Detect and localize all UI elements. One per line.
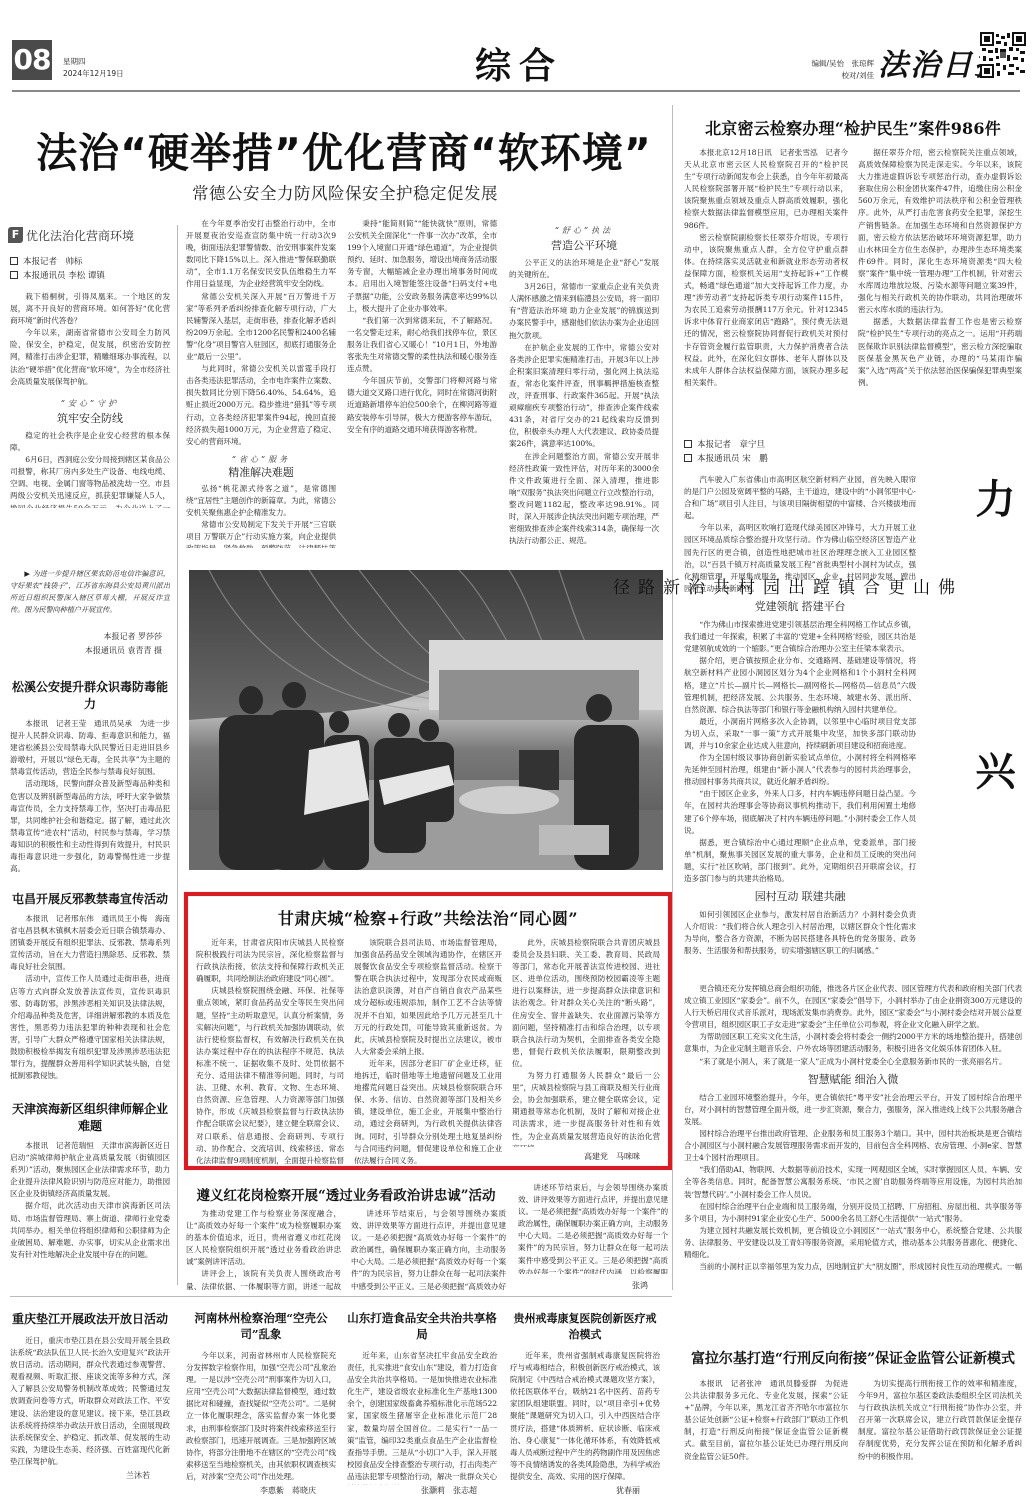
featured-headline: 甘肃庆城“检察+行政”共绘法治“同心圆” [196,906,660,929]
subhead: 智慧赋能 细治入微 [684,1074,1022,1086]
paragraph: 近年来，甘肃省庆阳市庆城县人民检察院积极践行司法为民宗旨，深化检察监督与行政执法… [196,937,344,985]
vertical-headline-1: 联建共融聚合力 [964,478,1032,519]
paragraph: 当前的小洞村正以幸福邻里为发力点，因地制宜扩大“朋友圈”，形成园村良性互动治理模… [684,1261,1022,1273]
paragraph: 汽车驶入广东省佛山市高明区航空新材料产业园，首先映入眼帘的是门户公园及宽阔平整的… [684,474,916,522]
paragraph: 庆城县检察院围绕金融、环保、社保等重点领域，紧盯食品药品安全等民生突出问题，坚持… [196,985,344,1167]
weekday: 星期四 [63,56,124,68]
paragraph: 活动中，宣传工作人员通过走街串巷，进商店等方式向群众发放普法宣传页，宣传识毒识邪… [10,973,170,1082]
paragraph: 与此同时，常德公安机关以雷霆手段打击各类违法犯罪活动，全市电诈案件立案数、损失数… [186,363,336,448]
section-tag: F 优化法治化营商环境 [8,226,178,244]
lead-col-3: 秉持“能简则简”“能快就快”原则，常德公安机关全面深化“一件事一次办”改革，全市… [347,218,497,548]
subhead-big: 营造公平环境 [509,237,659,253]
proofreader: 校对/刘佳 [782,70,874,82]
paragraph: 在护航企业发展的工作中，常德公安对各类涉企犯罪实施精准打击，开展3年以上涉企积案… [509,342,659,451]
paragraph: 讲述环节结束后，与会领导围绕办案质效、讲评效果等方面进行点评，并提出意见建议。一… [518,1182,668,1274]
masthead-rule [12,90,1020,92]
paragraph: 如何引领园区企业参与，激发村居自治新活力？小洞村委会负责人介绍说：“我们将合伙人… [684,909,916,957]
fulaerji-article: 富拉尔基打造“行刑反向衔接”保证金监管公证新模式 本报讯 记者张冲 通讯员滕爱群… [684,1348,1022,1478]
byline-correspondent: 本报通讯员 宋 鹏 [697,454,768,464]
byline-marker-icon [684,440,692,448]
paragraph: 据介绍，此次活动由天津市滨海新区司法局、市场监督管理局、寨上街道、律师行业党委共… [10,1200,170,1260]
vertical-headline-2: 双向奔赴促振兴 [964,750,1032,791]
section-title: 综合 [475,38,563,89]
paragraph: 为建立园村共融发展长效机制，更合镇设立小洞园区“一站式”服务中心，系统整合党建、… [684,1225,1022,1261]
tianjin-article: 天津滨海新区组织律师解企业难题 本报讯 记者范瑞恒 天津市滨海新区近日启动“滨城… [10,1100,170,1306]
paragraph: 该院联合县司法局、市场监督管理局，加强食品药品安全领域沟通协作，在辖区开展餐饮食… [354,937,502,1058]
column-divider [672,105,673,1290]
paragraph: “我们借助AI、物联网、大数据等前沿技术，实现一网观园区全域，实时掌握园区人员、… [684,1164,1022,1200]
paragraph: 为推动党建工作与检察业务深度融合，让“高质效办好每一个案件”成为检察履职办案的基… [186,1208,341,1268]
paragraph: 据悉，更合镇综治中心通过理顺“企业点单，党委派单，部门接单”机制，聚焦事关园区发… [684,837,916,885]
paragraph: 为帮助园区职工充实文化生活，小洞村委会将村委会一侧约2000平方米的场地整治提升… [684,1031,1022,1055]
paragraph: 活动现场，民警向群众普及新型毒品种类和危害以及辨别新型毒品的方法，呼吁大家争做禁… [10,778,170,875]
paragraph: 近年来，山东省坚决扛牢食品安全政治责任，扎实推进“食安山东”建设，着力打造食品安… [347,1350,497,1485]
foshan-article: 本报记者 章宁旦 本报通讯员 宋 鹏 汽车驶入广东省佛山市高明区航空新材料产业园… [684,438,1022,466]
paragraph: 本报讯 记者王莹 通讯员吴承 为进一步提升人民群众识毒、防毒、拒毒意识和能力，福… [10,718,170,778]
songxi-article: 松溪公安提升群众识毒防毒能力 本报讯 记者王莹 通讯员吴承 为进一步提升人民群众… [10,678,170,878]
paragraph: 讲述环节结束后，与会领导围绕办案质效、讲评效果等方面进行点评，并提出意见建议。一… [351,1208,506,1294]
article-headline: 山东打造食品安全共治共享格局 [347,1310,497,1342]
masthead: 08 星期四 2024年12月19日 综合 编辑/吴怡 张琼辉 校对/刘佳 法治… [12,38,1020,94]
photo-credit: 本报通讯员 袁青青 摄 [10,644,162,658]
paragraph: 此外，庆城县检察院联合共青团庆城县委员会及县妇联、关工委、教育局、民政局等部门，… [512,937,660,1070]
paragraph: 近日，重庆市垫江县在县公安局开展全县政法系统“政法队伍卫人民·长治久安迎复兴”政… [10,1335,170,1468]
paragraph: 6月6日，西洞庭公安分局接到辖区某食品公司报警，称其厂房内多处生产设备、电线电缆… [10,454,170,508]
lead-col-4: “舒心”执法 营造公平环境 公平正义的法治环境是企业“舒心”发展的关键所在。 3… [509,225,659,547]
article-headline: 重庆垫江开展政法开放日活动 [10,1310,170,1327]
photo-caption: ▶ 为进一步提升辖区果农防范电信诈骗意识，守好果农“钱袋子”，江苏省东海县公安局… [10,568,170,658]
bottom-article-4: 贵州戒毒康复医院创新医疗戒治模式 近年来，贵州省强制戒毒康复医院将治疗与戒毒相结… [510,1310,660,1496]
section-tag-label: 优化法治化营商环境 [26,227,134,244]
article-signature: 兰沐若 [10,1470,170,1481]
paragraph: 据介绍，更合镇按照企业分布、交通路网、基础建设等情况，将航空新材料产业园小洞园区… [684,655,916,715]
subhead: 园村互动 联建共融 [684,891,916,903]
paragraph: 本报讯 记者邢东伟 通讯员王小梅 海南省屯昌县枫木镇枫木居委会近日联合镇禁毒办、… [10,913,170,973]
issue-date: 2024年12月19日 [63,68,124,80]
section-tag-icon: F [8,227,23,243]
paragraph: 在园村综合治理平台企业端和员工服务端，分别开设员工招聘、厂房招租、房屋出租、共享… [684,1201,1022,1225]
page-number-badge: 08 [12,40,52,80]
editors: 编辑/吴怡 张琼辉 [782,58,874,70]
subhead: 党建领航 搭建平台 [684,601,916,613]
paragraph: 据悉，大数据法律监督工作也是密云检察院“检护民生”专项行动的亮点之一。运用“开药… [858,316,1022,389]
byline-marker-icon [10,257,18,265]
article-headline: 天津滨海新区组织律师解企业难题 [10,1100,170,1134]
paragraph: 密云检察院副检察长任翠芬介绍说，专项行动中，该院聚焦重点人群，全方位守护重点群体… [684,232,848,389]
paragraph: 栽下梧桐树，引得凤凰来。一个地区的发展，离不开良好的营商环境。如何答好“优化营商… [10,291,170,327]
paragraph: 在涉企问题整治方面，常德公安开展非经济性政策一致性评估，对历年来的3000余件文… [509,451,659,548]
paragraph: 本报北京12月18日讯 记者张雪泓 记者今天从北京市密云区人民检察院召开的“检护… [684,147,848,232]
article-signature: 张灏莉 张志超 [347,1485,497,1496]
article-headline: 河南林州检察治理“空壳公司”乱象 [186,1310,336,1342]
paragraph: “我们第一次到常德来玩，不了解路况。一名交警走过来，耐心给我们找停车位，景区服务… [347,315,497,375]
lead-headline: 法治“硬举措”优化营商“软环境” [14,120,674,179]
article-headline: 遵义红花岗检察开展“透过业务看政治讲忠诚”活动 [186,1184,506,1204]
paragraph: 弘扬“桃花源式待客之道”，是常德围绕“宜居性”主题创作的新篇章。为此，常德公安机… [186,483,336,519]
paragraph: 近年来，因部分老旧厂矿企业迁移，征地拆迁，临时借地等土地遗留问题及工业用地撂荒问… [354,1058,502,1167]
paragraph: “来了就是小洞人，来了就是一家人”正成为小洞村党委全心全意服务新市民的一张亮丽名… [684,1056,1022,1068]
paragraph: 据任翠芬介绍，密云检察院关注重点领域，高质效保障检察为民走深走实。今年以来，该院… [858,147,1022,316]
article-headline: 贵州戒毒康复医院创新医疗戒治模式 [510,1310,660,1342]
paragraph: 3月26日，常德市一家重点企业有关负责人满怀感激之情来到临澧县公安局，将一面印有… [509,281,659,341]
bottom-article-3: 山东打造食品安全共治共享格局 近年来，山东省坚决扛牢食品安全政治责任，扎实推进“… [347,1310,497,1496]
zunyi-continued: 讲述环节结束后，与会领导围绕办案质效、讲评效果等方面进行点评，并提出意见建议。一… [518,1182,668,1274]
paragraph: 最近，小洞南片网格多次入企协调，以邻里中心临时项目党支部为切入点，采取“一事一策… [684,716,916,752]
paragraph: “由于园区企业多，外来人口多，村内车辆违停问题日益凸显。今年，在园村共治理事会等… [684,788,916,836]
byline-reporter: 本报记者 章宁旦 [697,440,765,450]
paragraph: 本报讯 记者范瑞恒 天津市滨海新区近日启动“滨城律师护航企业高质量发展（街镇园区… [10,1140,170,1200]
paragraph: 今年以来，河南省林州市人民检察院充分发挥数字检察作用，加强“空壳公司”乱象治理。… [186,1350,336,1483]
byline-correspondent: 本报通讯员 李松 谭镇 [23,271,105,281]
byline-marker-icon [10,271,18,279]
featured-article-box: 甘肃庆城“检察+行政”共绘法治“同心圆” 近年来，甘肃省庆阳市庆城县人民检察院积… [184,892,672,1170]
paragraph: 今年国庆节前，交警部门将柳河路与常德大道交叉路口进行优化，同时在常德河街附近道路… [347,375,497,435]
paragraph: 园村综合治理平台推出政府管理、企业服务和员工服务3个端口。其中，园村共治板块是更… [684,1128,1022,1164]
article-headline: 屯昌开展反邪教禁毒宣传活动 [10,890,170,907]
subhead-big: 精准解决难题 [186,467,336,479]
paragraph: 秉持“能简则简”“能快就快”原则，常德公安机关全面深化“一件事一次办”改革，全市… [347,218,497,315]
page-number: 08 [14,43,51,76]
paragraph: 作为全国村级议事协商创新实验试点单位，小洞村将全科网格率先延伸至园村治理，组建由… [684,752,916,788]
paragraph: 更合镇还充分发挥镇总商会组织功能，推选各片区企业代表、园区管理方代表和政府相关部… [684,983,1022,1031]
caption-text: 为进一步提升辖区果农防范电信诈骗意识，守好果农“钱袋子”，江苏省东海县公安局黄川… [10,569,170,614]
qr-code-icon [980,32,1026,78]
lead-col-1: 本报记者 帅标 本报通讯员 李松 谭镇 栽下梧桐树，引得凤凰来。一个地区的发展，… [10,255,170,508]
paragraph: 近年来，贵州省强制戒毒康复医院将治疗与戒毒相结合，积极创新医疗戒治模式，该院制定… [510,1350,660,1483]
byline-marker-icon [684,454,692,462]
paragraph: 常德公安机关深入开展“百万警进千万家”等系列矛盾纠纷排查化解专项行动，广大民辅警… [186,291,336,364]
paragraph: 结合工业园环境整治提升，今年，更合镇依托“粤平安”社会治理云平台，开发了园村综合… [684,1092,1022,1128]
article-signature: 犹春丽 [510,1485,660,1496]
column-divider [177,225,178,1285]
article-headline: 北京密云检察办理“检护民生”案件986件 [684,116,1022,139]
paragraph: 为切实提高行刑衔接工作的效率和精准度，今年9月，富拉尔基区委政法委组织全区司法机… [858,1378,1022,1463]
lead-col-2: 在今年夏季治安打击整治行动中，全市开展夏夜治安巡查宣防集中统一行动3次9晚，街面… [186,218,336,548]
subhead-small: “舒心”执法 [509,225,659,236]
paragraph: 本报讯 记者张冲 通讯员滕爱群 为促进公共法律服务多元化、专业化发展，探索“公证… [684,1378,848,1463]
news-photo [189,570,663,870]
paragraph: 稳定的社会秩序是企业安心经营的根本保障。 [10,430,170,454]
article-headline: 松溪公安提升群众识毒防毒能力 [10,678,170,712]
article-signature: 张鸿 [518,1280,668,1291]
photo-credit: 本报记者 罗莎莎 [10,630,162,644]
paragraph: 讲评会上，该院有关负责人围绕政治考量、法律依据、一体履职等方面，讲述一起故意伤害… [186,1268,341,1294]
subhead-small: “安心”守护 [10,398,170,409]
lead-subheadline: 常德公安全力防风险保安全护稳定促发展 [110,180,580,204]
paragraph: 为努力打通服务人民群众“最后一公里”，庆城县检察院与县工商联及相关行业商会，协会… [512,1070,660,1147]
article-signature: 高建党 马咪咪 [512,1151,660,1162]
vertical-subtitle: 佛山更合镇蹚出园村共治新路径 [937,578,957,596]
subhead-big: 筑牢安全防线 [10,410,170,426]
paragraph: “作为佛山市探索推进党建引领基层治理全科网格工作试点乡镇，我们通过一年探索，积累… [684,619,916,655]
paragraph: 公平正义的法治环境是企业“舒心”发展的关键所在。 [509,257,659,281]
paragraph: 在今年夏季治安打击整治行动中，全市开展夏夜治安巡查宣防集中统一行动3次9晚，街面… [186,218,336,291]
subhead-small: “省心”服务 [186,454,336,466]
byline-reporter: 本报记者 帅标 [23,257,83,267]
horizontal-divider [10,1296,672,1297]
bottom-article-2: 河南林州检察治理“空壳公司”乱象 今年以来，河南省林州市人民检察院充分发挥数字检… [186,1310,336,1496]
paragraph: 今年以来，湖南省常德市公安局全力防风险，保安全，护稳定，促发展，织密治安防控网，… [10,327,170,386]
tunchang-article: 屯昌开展反邪教禁毒宣传活动 本报讯 记者邢东伟 通讯员王小梅 海南省屯昌县枫木镇… [10,890,170,1098]
bottom-article-1: 重庆垫江开展政法开放日活动 近日，重庆市垫江县在县公安局开展全县政法系统“政法队… [10,1310,170,1481]
article-signature: 李惠紫 蒋晓庆 [186,1485,336,1496]
article-headline: 富拉尔基打造“行刑反向衔接”保证金监管公证新模式 [684,1348,1022,1368]
beijing-article: 北京密云检察办理“检护民生”案件986件 本报北京12月18日讯 记者张雪泓 记… [684,116,1022,432]
paragraph: 常德市公安局制定下发关于开展“三官联项目 万警联万企”行动实施方案，向企业提供政… [186,519,336,548]
